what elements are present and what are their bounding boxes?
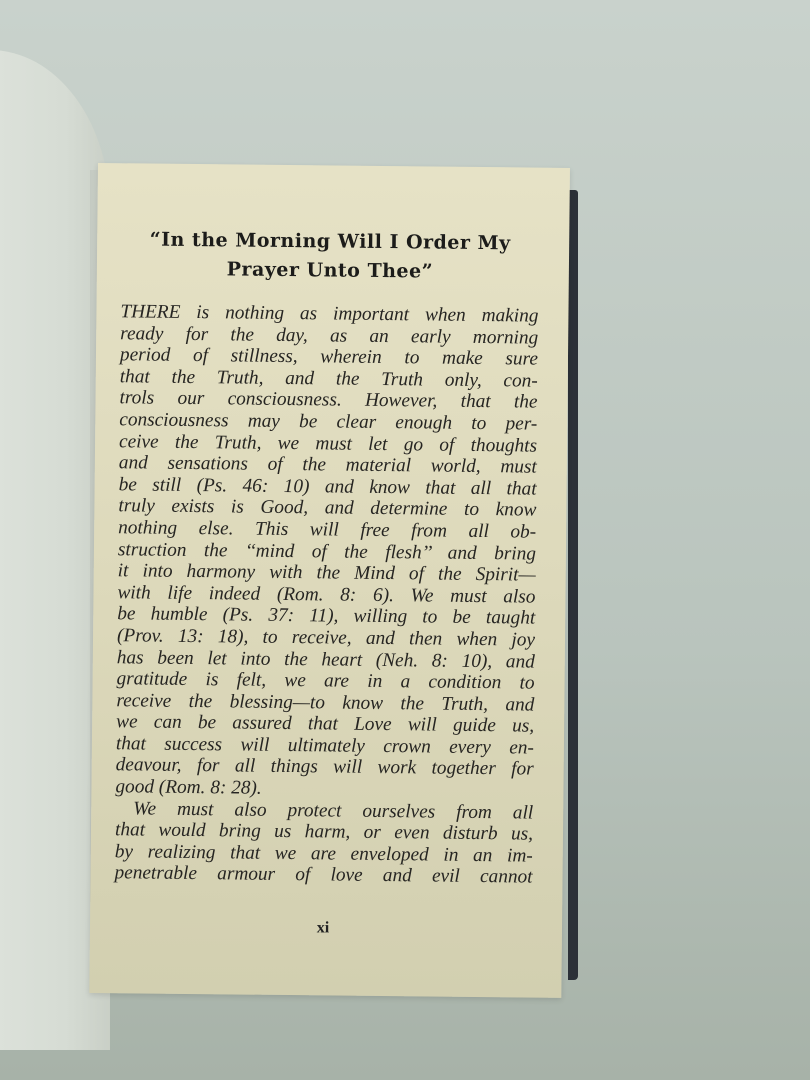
book-page: “In the Morning Will I Order My Prayer U…	[89, 163, 570, 998]
page-title: “In the Morning Will I Order My Prayer U…	[121, 225, 540, 287]
paragraph-1: THERE is nothing as important when makin…	[115, 301, 538, 802]
title-line-2: Prayer Unto Thee”	[121, 254, 539, 287]
title-line-1: “In the Morning Will I Order My	[121, 225, 539, 258]
photo-scene: “In the Morning Will I Order My Prayer U…	[0, 0, 810, 1080]
paragraph-2: We must also protect ourselves from all …	[114, 798, 533, 889]
text-line: penetrable armour of love and evil canno…	[114, 863, 532, 889]
page-number: xi	[114, 917, 532, 939]
book-spine-edge	[568, 190, 578, 980]
